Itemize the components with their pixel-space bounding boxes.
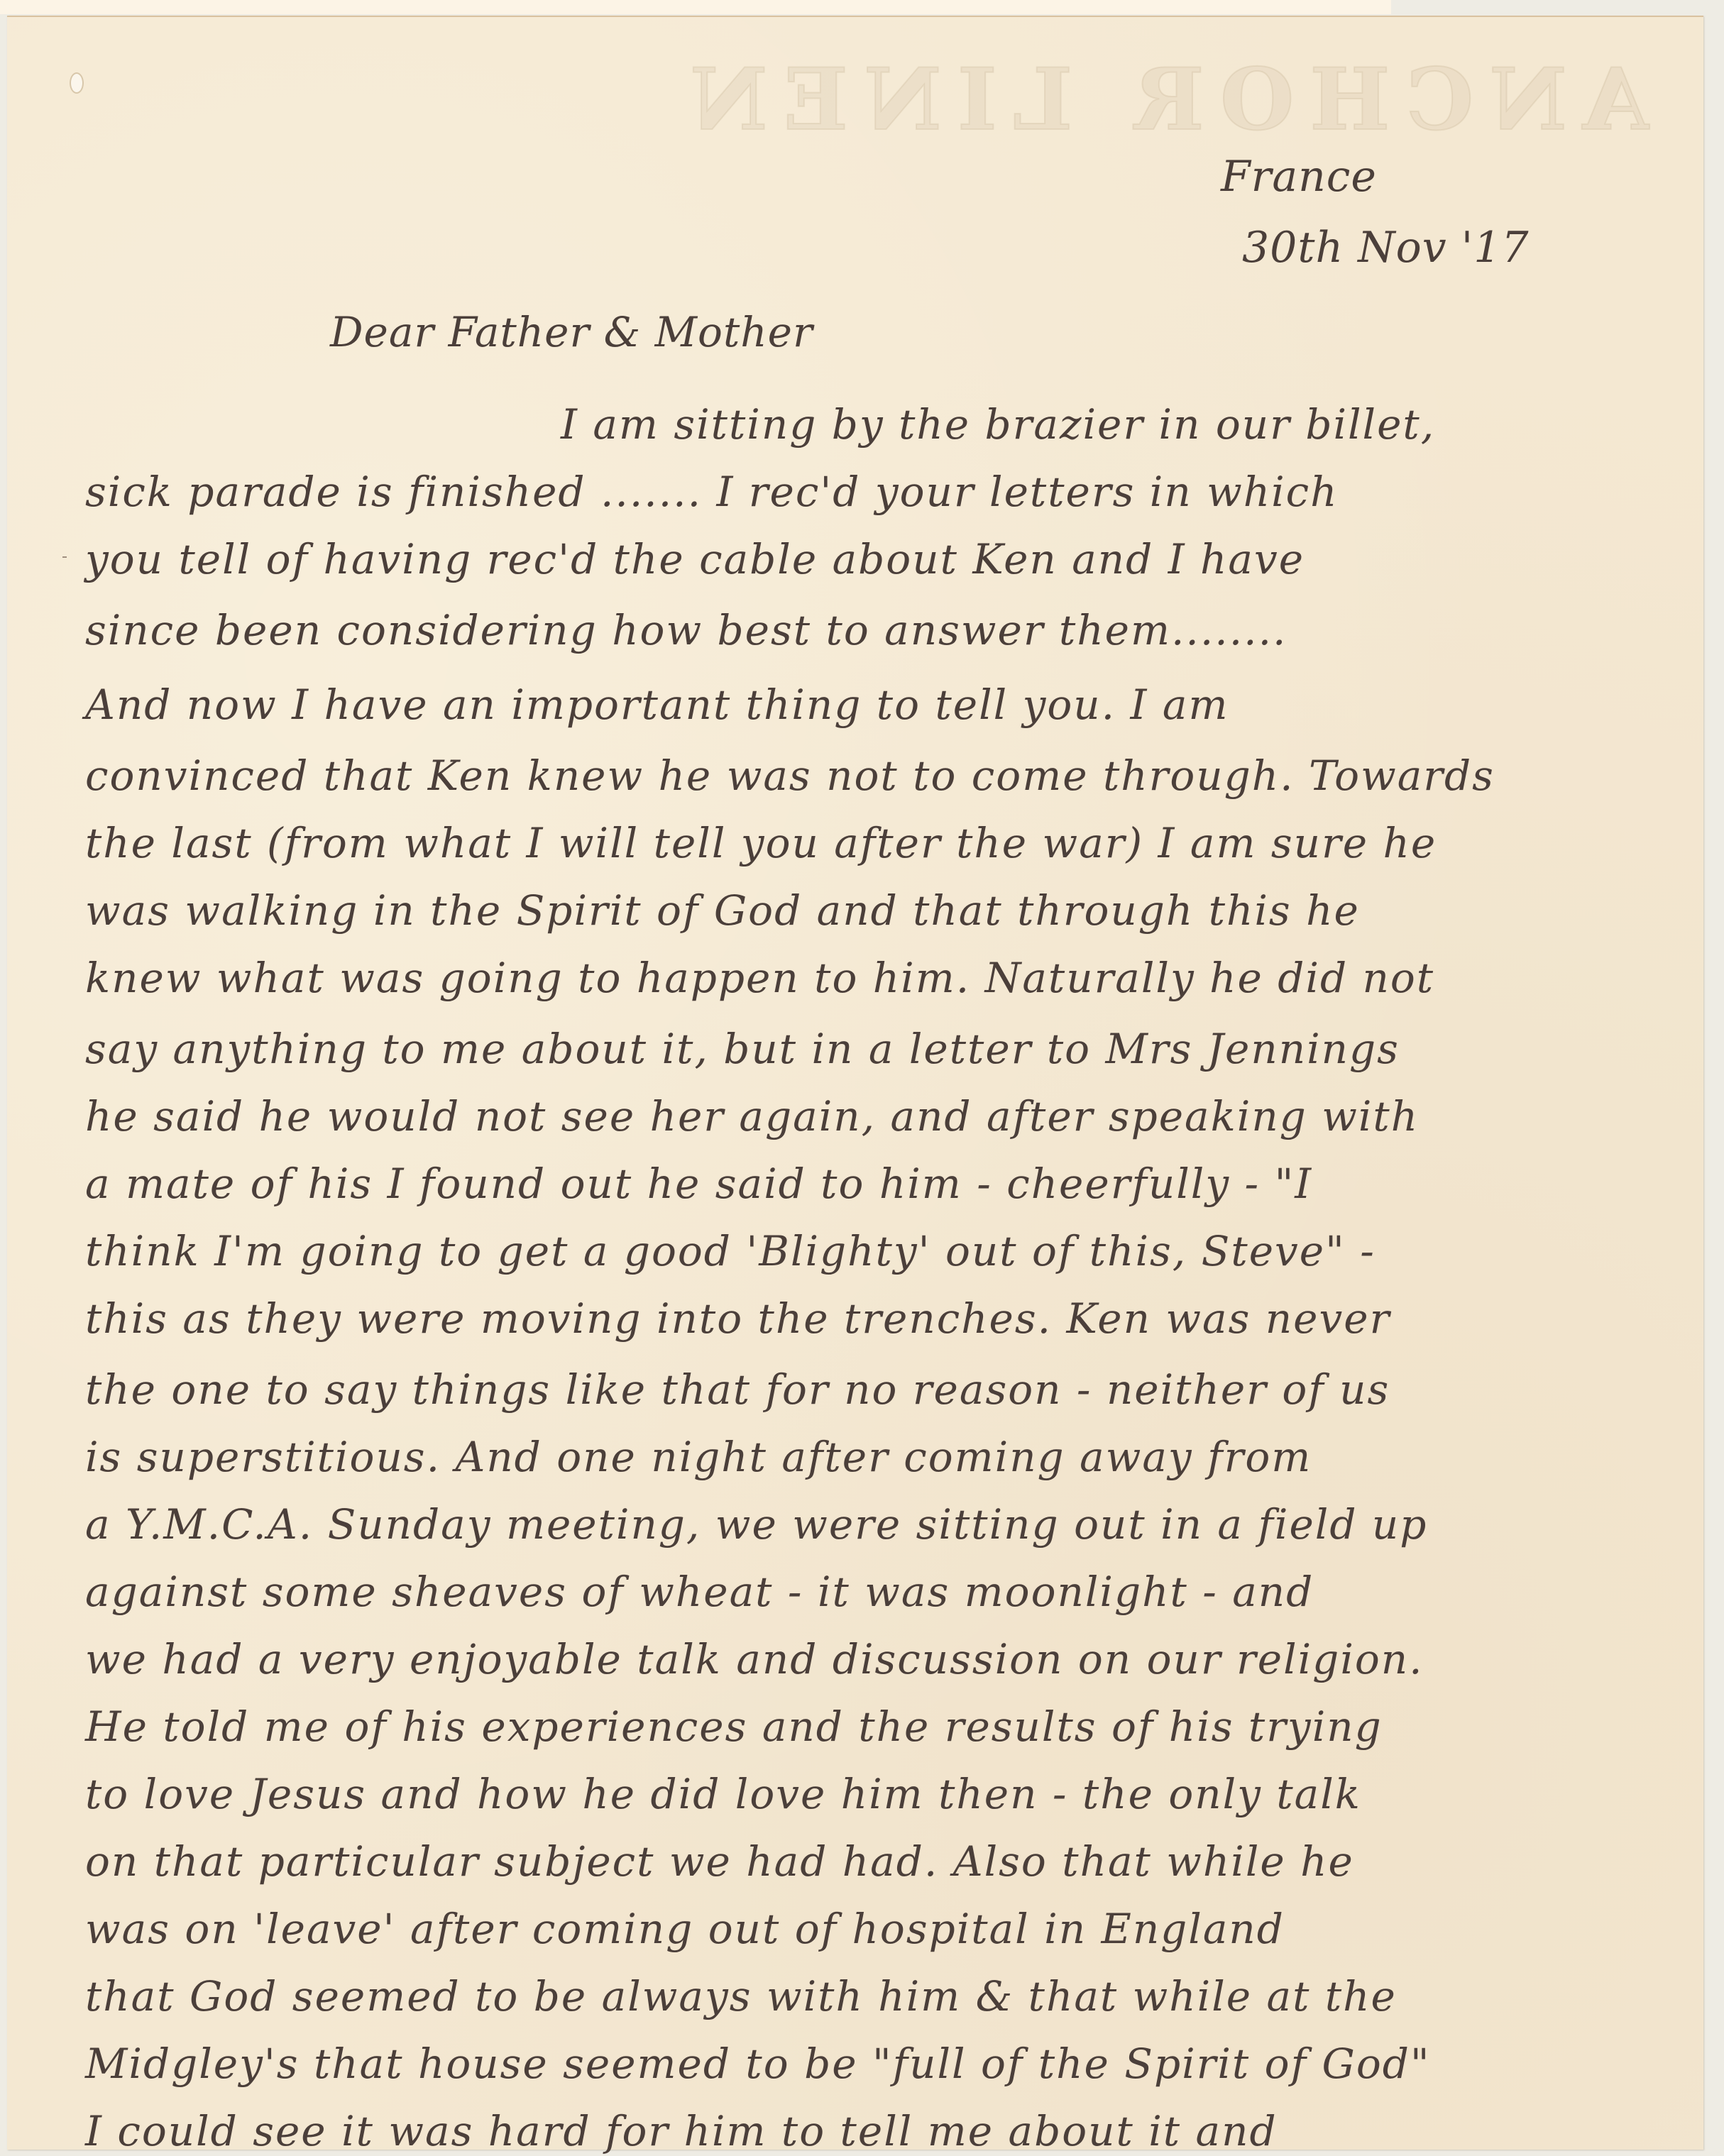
body-line: the last (from what I will tell you afte… xyxy=(85,819,1437,867)
body-line: I am sitting by the brazier in our bille… xyxy=(561,400,1435,449)
body-line: to love Jesus and how he did love him th… xyxy=(85,1770,1361,1818)
body-line: say anything to me about it, but in a le… xyxy=(85,1025,1400,1073)
body-line: this as they were moving into the trench… xyxy=(85,1294,1390,1343)
body-line: was on 'leave' after coming out of hospi… xyxy=(85,1905,1285,1953)
backing-sheet-edge xyxy=(0,0,1391,14)
body-line: knew what was going to happen to him. Na… xyxy=(85,954,1434,1002)
body-line: you tell of having rec'd the cable about… xyxy=(85,535,1305,583)
margin-mark xyxy=(62,556,67,558)
body-line: a mate of his I found out he said to him… xyxy=(85,1160,1312,1208)
body-line: since been considering how best to answe… xyxy=(85,606,1287,654)
letter-salutation: Dear Father & Mother xyxy=(330,308,813,356)
body-line: I could see it was hard for him to tell … xyxy=(85,2107,1278,2155)
letter-date: 30th Nov '17 xyxy=(1242,223,1530,273)
body-line: on that particular subject we had had. A… xyxy=(85,1837,1354,1886)
body-line: sick parade is finished ....... I rec'd … xyxy=(85,468,1339,516)
letter-place: France xyxy=(1221,152,1377,202)
body-line: He told me of his experiences and the re… xyxy=(85,1703,1383,1751)
letter-page: ANCHOR LINEN France 30th Nov '17 Dear Fa… xyxy=(7,16,1703,2150)
body-line: And now I have an important thing to tel… xyxy=(85,681,1229,729)
body-line: we had a very enjoyable talk and discuss… xyxy=(85,1635,1424,1683)
body-line: was walking in the Spirit of God and tha… xyxy=(85,886,1360,935)
paper-watermark: ANCHOR LINEN xyxy=(674,50,1649,150)
body-line: think I'm going to get a good 'Blighty' … xyxy=(85,1227,1376,1275)
body-line: he said he would not see her again, and … xyxy=(85,1092,1419,1140)
body-line: a Y.M.C.A. Sunday meeting, we were sitti… xyxy=(85,1500,1427,1549)
body-line: that God seemed to be always with him & … xyxy=(85,1972,1397,2020)
body-line: is superstitious. And one night after co… xyxy=(85,1433,1312,1481)
body-line: Midgley's that house seemed to be "full … xyxy=(85,2040,1431,2088)
punch-hole-icon xyxy=(70,72,84,94)
body-line: the one to say things like that for no r… xyxy=(85,1365,1390,1414)
body-line: convinced that Ken knew he was not to co… xyxy=(85,752,1495,800)
body-line: against some sheaves of wheat - it was m… xyxy=(85,1568,1314,1616)
